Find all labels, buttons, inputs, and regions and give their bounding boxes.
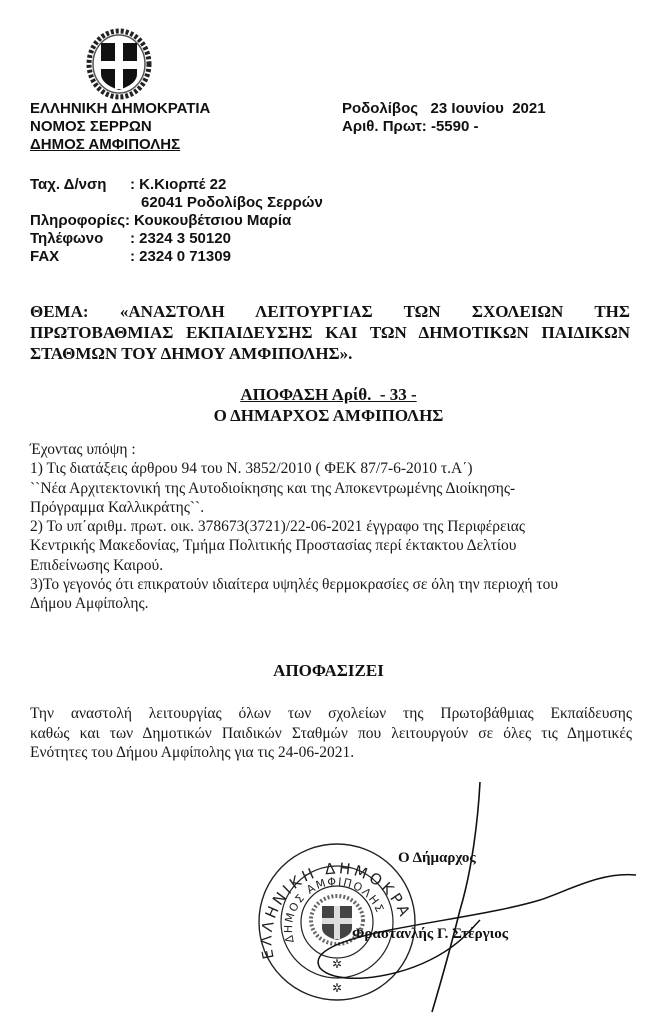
considering-line: ``Νέα Αρχιτεκτονική της Αυτοδιοίκησης κα…	[30, 479, 650, 498]
considering-line: Επιδείνωσης Καιρού.	[30, 556, 650, 575]
decision-issuer: Ο ΔΗΜΑΡΧΟΣ ΑΜΦΙΠΟΛΗΣ	[0, 405, 657, 426]
considering-line: 2) Το υπ΄αριθμ. πρωτ. οικ. 378673(3721)/…	[30, 517, 650, 536]
decision-heading: ΑΠΟΦΑΣΗ Αρίθ. - 33 - Ο ΔΗΜΑΡΧΟΣ ΑΜΦΙΠΟΛΗ…	[0, 384, 657, 426]
considering-line: 3)Το γεγονός ότι επικρατούν ιδιαίτερα υψ…	[30, 575, 650, 594]
municipality-name: ΔΗΜΟΣ ΑΜΦΙΠΟΛΗΣ	[30, 136, 210, 154]
considering-intro: Έχοντας υπόψη :	[30, 440, 650, 459]
decision-line: καθώς και των Δημοτικών Παιδικών Σταθμών…	[30, 724, 632, 744]
fax-value: : 2324 0 71309	[130, 248, 231, 266]
address-line2: 62041 Ροδολίβος Σερρών	[130, 194, 323, 212]
country-name: ΕΛΛΗΝΙΚΗ ΔΗΜΟΚΡΑΤΙΑ	[30, 100, 210, 118]
phone-value: : 2324 3 50120	[130, 230, 231, 248]
address-value: : Κ.Κιορπέ 22	[130, 176, 226, 194]
phone-label: Τηλέφωνο	[30, 230, 130, 248]
date-protocol-block: Ροδολίβος 23 Ιουνίου 2021 Αριθ. Πρωτ: -5…	[342, 100, 546, 136]
subject-line-1: ΘΕΜΑ: «ΑΝΑΣΤΟΛΗ ΛΕΙΤΟΥΡΓΙΑΣ ΤΩΝ ΣΧΟΛΕΙΩΝ…	[30, 301, 630, 322]
fax-label: FAX	[30, 248, 130, 266]
considering-line: Πρόγραμμα Καλλικράτης``.	[30, 498, 650, 517]
place-date: Ροδολίβος 23 Ιουνίου 2021	[342, 100, 546, 118]
subject-line-3: ΣΤΑΘΜΩΝ ΤΟΥ ΔΗΜΟΥ ΑΜΦΙΠΟΛΗΣ».	[30, 343, 630, 364]
decision-line: Την αναστολή λειτουργίας όλων των σχολεί…	[30, 704, 632, 724]
considering-line: Δήμου Αμφίπολης.	[30, 594, 650, 613]
coat-of-arms-icon	[86, 28, 152, 104]
address-label: Ταχ. Δ/νση	[30, 176, 130, 194]
decides-heading: ΑΠΟΦΑΣΙΖΕΙ	[0, 660, 657, 681]
info-value: Κουκουβέτσιου Μαρία	[130, 212, 291, 230]
considering-line: Κεντρικής Μακεδονίας, Τμήμα Πολιτικής Πρ…	[30, 536, 650, 555]
decision-number: ΑΠΟΦΑΣΗ Αρίθ. - 33 -	[0, 384, 657, 405]
subject-line-2: ΠΡΩΤΟΒΑΘΜΙΑΣ ΕΚΠΑΙΔΕΥΣΗΣ ΚΑΙ ΤΩΝ ΔΗΜΟΤΙΚ…	[30, 322, 630, 343]
handwritten-signature-icon	[300, 780, 640, 1020]
subject-block: ΘΕΜΑ: «ΑΝΑΣΤΟΛΗ ΛΕΙΤΟΥΡΓΙΑΣ ΤΩΝ ΣΧΟΛΕΙΩΝ…	[30, 301, 630, 364]
info-label: Πληροφορίες:	[30, 212, 130, 230]
decision-line: Ενότητες του Δήμου Αμφίπολης για τις 24-…	[30, 743, 632, 763]
considering-line: 1) Τις διατάξεις άρθρου 94 του Ν. 3852/2…	[30, 459, 650, 478]
prefecture-name: ΝΟΜΟΣ ΣΕΡΡΩΝ	[30, 118, 210, 136]
considerations: Έχοντας υπόψη : 1) Τις διατάξεις άρθρου …	[30, 440, 650, 614]
protocol-number: Αριθ. Πρωτ: -5590 -	[342, 118, 546, 136]
issuer-block: ΕΛΛΗΝΙΚΗ ΔΗΜΟΚΡΑΤΙΑ ΝΟΜΟΣ ΣΕΡΡΩΝ ΔΗΜΟΣ Α…	[30, 100, 210, 154]
decision-body: Την αναστολή λειτουργίας όλων των σχολεί…	[30, 704, 632, 763]
contact-block: Ταχ. Δ/νση : Κ.Κιορπέ 22 62041 Ροδολίβος…	[30, 176, 323, 266]
